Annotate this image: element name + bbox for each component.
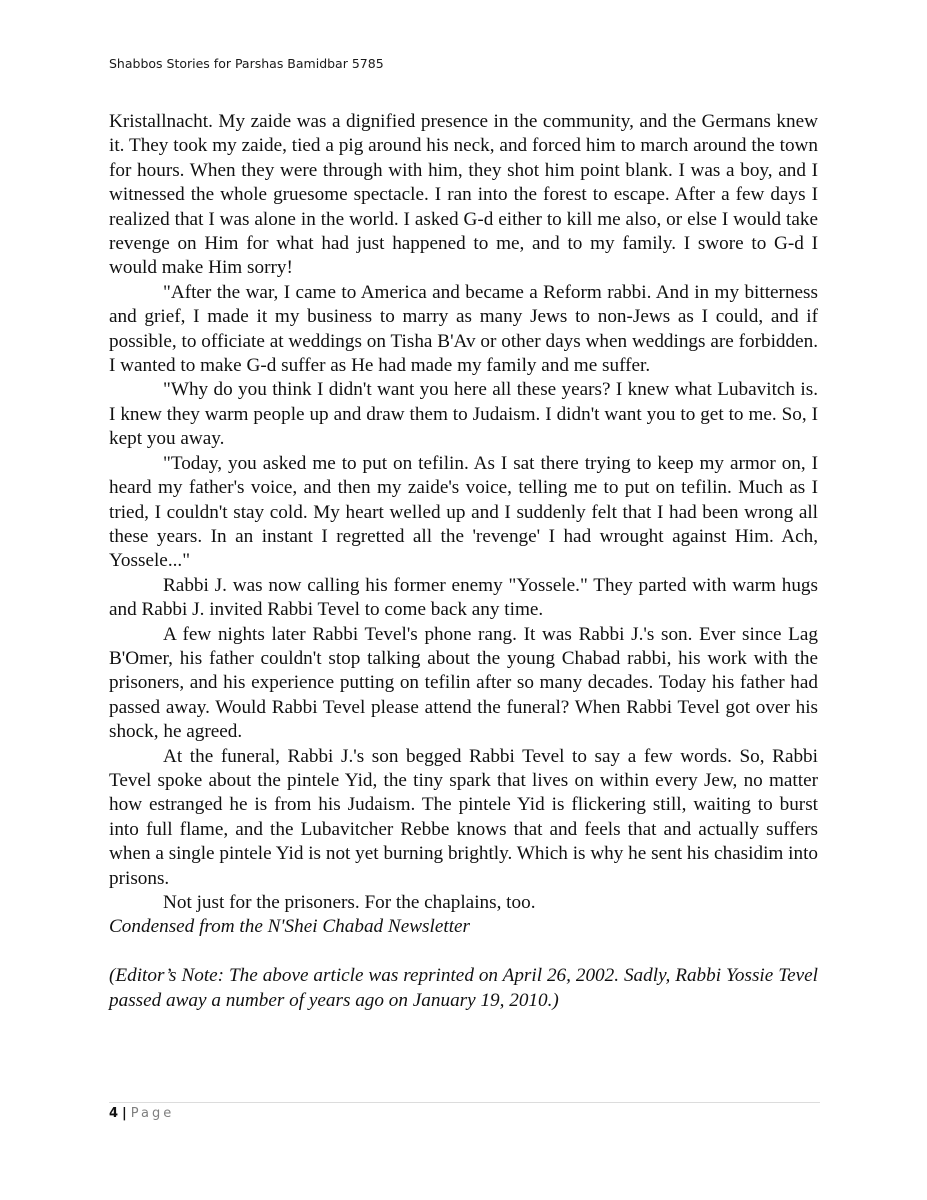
paragraph: Not just for the prisoners. For the chap… (109, 891, 818, 915)
footer-divider (109, 1102, 820, 1103)
source-attribution: Condensed from the N'Shei Chabad Newslet… (109, 915, 818, 939)
blank-line (109, 940, 818, 964)
document-page: Shabbos Stories for Parshas Bamidbar 578… (0, 0, 927, 1200)
footer-separator: | (122, 1106, 127, 1121)
page-footer: 4 | Page (109, 1106, 174, 1121)
paragraph: Kristallnacht. My zaide was a dignified … (109, 110, 818, 281)
running-header: Shabbos Stories for Parshas Bamidbar 578… (109, 56, 384, 71)
paragraph: Rabbi J. was now calling his former enem… (109, 574, 818, 623)
paragraph: "After the war, I came to America and be… (109, 281, 818, 379)
paragraph: "Why do you think I didn't want you here… (109, 378, 818, 451)
paragraph: At the funeral, Rabbi J.'s son begged Ra… (109, 745, 818, 891)
page-label: Page (131, 1106, 174, 1121)
editor-note: (Editor’s Note: The above article was re… (109, 964, 818, 1013)
page-number: 4 (109, 1106, 118, 1121)
paragraph: "Today, you asked me to put on tefilin. … (109, 452, 818, 574)
paragraph: A few nights later Rabbi Tevel's phone r… (109, 623, 818, 745)
article-body: Kristallnacht. My zaide was a dignified … (109, 110, 818, 1013)
